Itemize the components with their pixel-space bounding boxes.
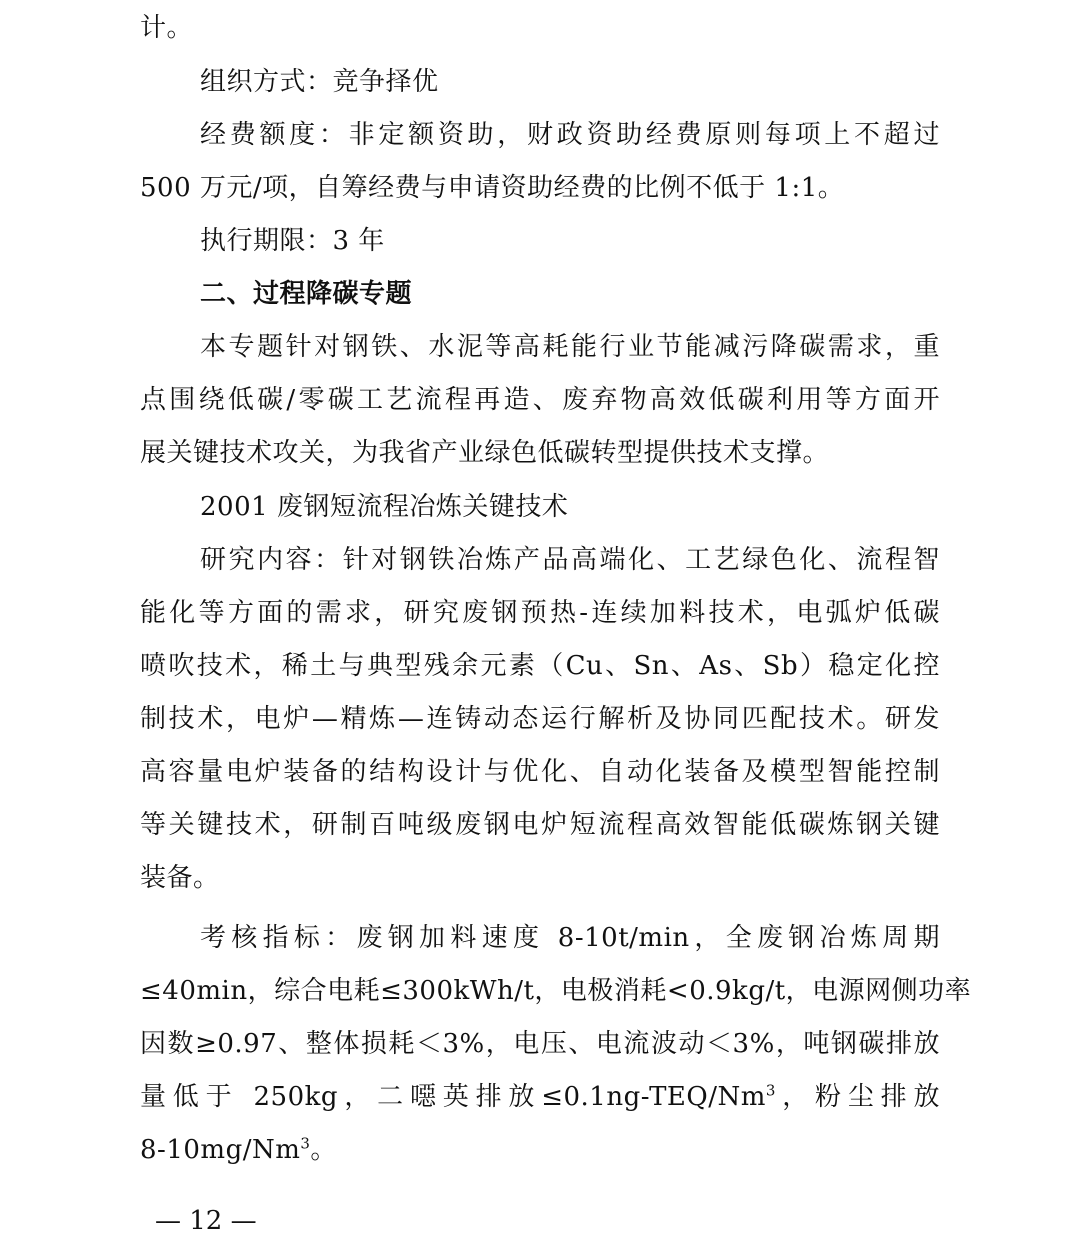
- research-content-line-4: 制技术，电炉—精炼—连铸动态运行解析及协同匹配技术。研发: [140, 699, 940, 739]
- section-heading: 二、过程降碳专题: [200, 274, 412, 314]
- assessment-indicators-line-1: 考核指标：废钢加料速度 8-10t/min，全废钢冶炼周期: [200, 918, 940, 958]
- assessment-indicators-line-4: 量低于 250kg，二噁英排放≤0.1ng-TEQ/Nm3，粉尘排放: [140, 1077, 940, 1117]
- section-intro-line-1: 本专题针对钢铁、水泥等高耗能行业节能减污降碳需求，重: [200, 327, 940, 367]
- assessment-indicators-line-3: 因数≥0.97、整体损耗＜3%，电压、电流波动＜3%，吨钢碳排放: [140, 1024, 940, 1064]
- section-intro-line-3: 展关键技术攻关，为我省产业绿色低碳转型提供技术支撑。: [140, 433, 829, 473]
- funding-amount-line-cont: 500 万元/项，自筹经费与申请资助经费的比例不低于 1:1。: [140, 168, 844, 208]
- execution-period-line: 执行期限：3 年: [200, 221, 385, 261]
- line-text: ，粉尘排放: [776, 1082, 940, 1112]
- research-content-line-2: 能化等方面的需求，研究废钢预热-连续加料技术，电弧炉低碳: [140, 593, 940, 633]
- project-title: 2001 废钢短流程冶炼关键技术: [200, 487, 568, 527]
- research-content-line-3: 喷吹技术，稀土与典型残余元素（Cu、Sn、As、Sb）稳定化控: [140, 646, 940, 686]
- line-text: 量低于 250kg，二噁英排放≤0.1ng-TEQ/Nm: [140, 1082, 766, 1112]
- funding-amount-line: 经费额度：非定额资助，财政资助经费原则每项上不超过: [200, 115, 940, 155]
- line-text: 8-10mg/Nm: [140, 1135, 300, 1165]
- paragraph-line-continuation: 计。: [140, 8, 193, 48]
- line-text: 。: [310, 1135, 337, 1165]
- superscript: 3: [300, 1134, 310, 1152]
- research-content-line-1: 研究内容：针对钢铁冶炼产品高端化、工艺绿色化、流程智: [200, 540, 940, 580]
- research-content-line-6: 等关键技术，研制百吨级废钢电炉短流程高效智能低碳炼钢关键: [140, 805, 940, 845]
- organization-method-line: 组织方式：竞争择优: [200, 62, 439, 102]
- assessment-indicators-line-5: 8-10mg/Nm3。: [140, 1130, 337, 1170]
- research-content-line-7: 装备。: [140, 858, 220, 898]
- assessment-indicators-line-2: ≤40min，综合电耗≤300kWh/t，电极消耗<0.9kg/t，电源网侧功率: [140, 971, 940, 1011]
- page-number: — 12 —: [155, 1201, 257, 1241]
- superscript: 3: [766, 1081, 776, 1099]
- section-intro-line-2: 点围绕低碳/零碳工艺流程再造、废弃物高效低碳利用等方面开: [140, 380, 940, 420]
- research-content-line-5: 高容量电炉装备的结构设计与优化、自动化装备及模型智能控制: [140, 752, 940, 792]
